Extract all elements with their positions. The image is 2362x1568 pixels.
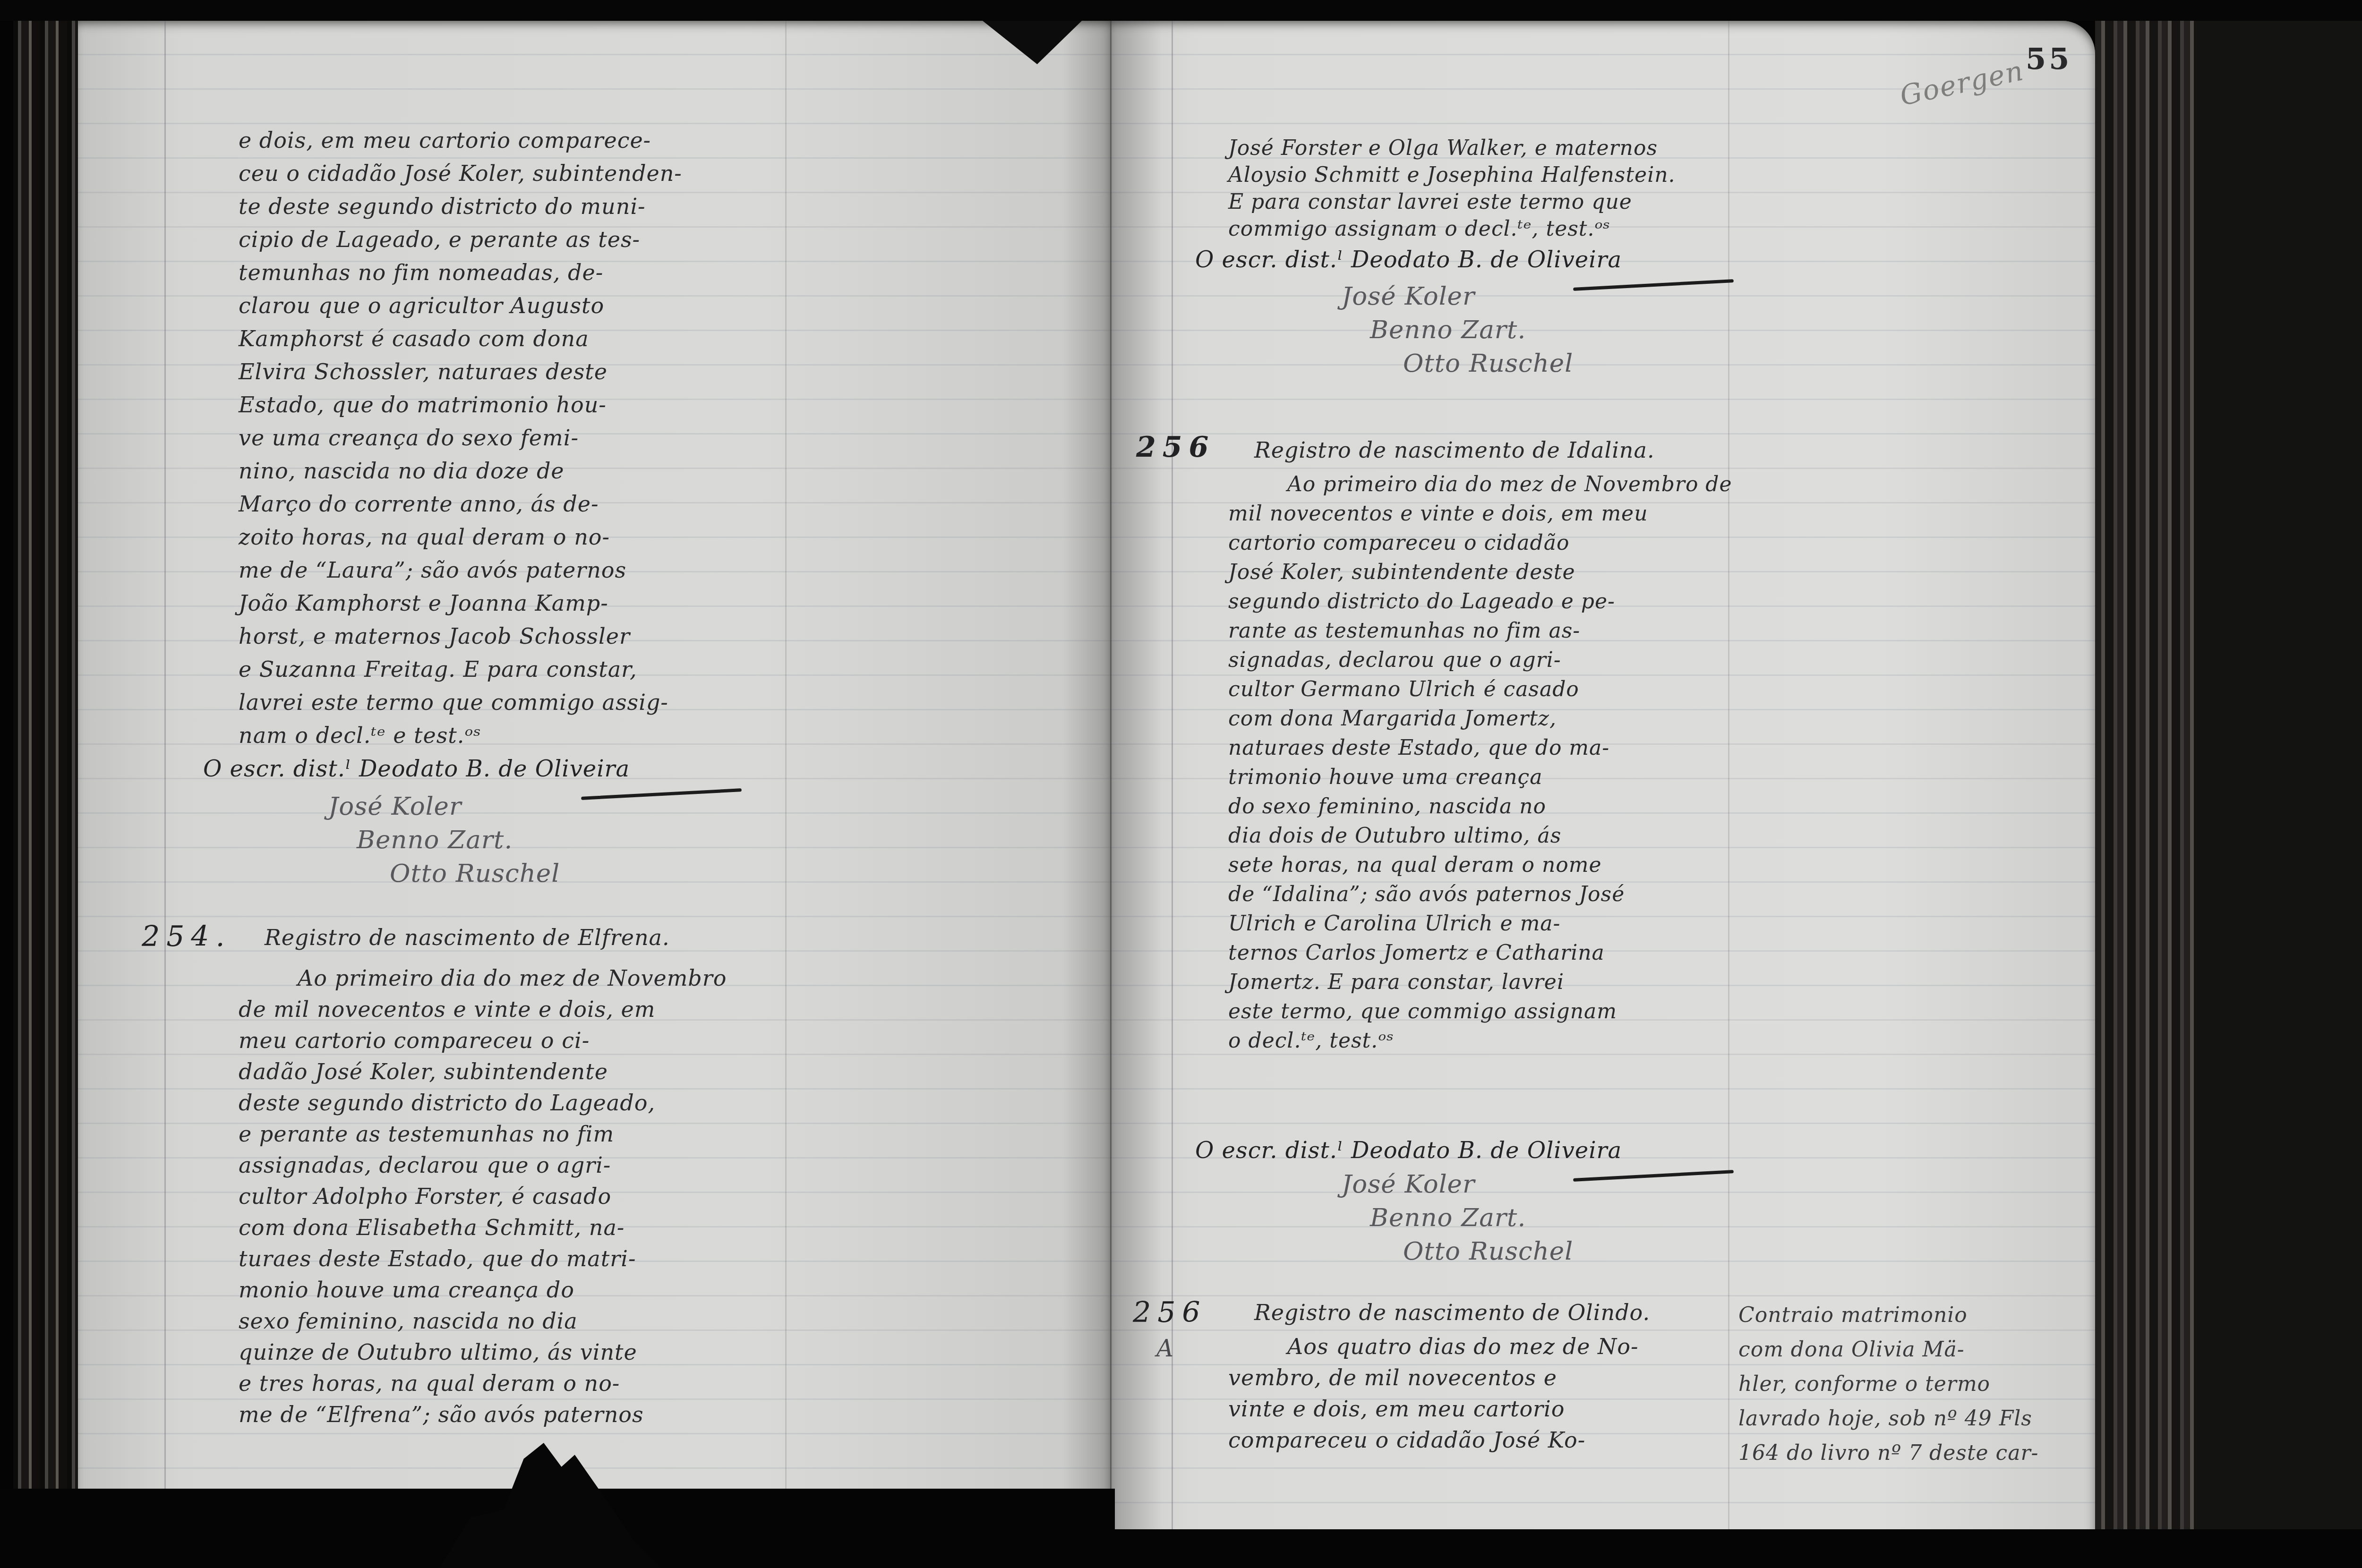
- handwriting-line: Ulrich e Carolina Ulrich e ma-: [1228, 909, 1762, 938]
- handwriting-line: vembro, de mil novecentos e: [1228, 1362, 1762, 1393]
- handwriting-line: de “Idalina”; são avós paternos José: [1228, 880, 1762, 909]
- margin-note-line: lavrado hoje, sob nº 49 Fls: [1738, 1401, 2097, 1436]
- handwriting-line: me de “Elfrena”; são avós paternos: [239, 1399, 791, 1430]
- handwriting-line: Kamphorst é casado com dona: [239, 322, 791, 355]
- officiant-line: O escr. dist.ˡ Deodato B. de Oliveira: [203, 756, 630, 782]
- handwriting-line: assignadas, declarou que o agri-: [239, 1150, 791, 1181]
- handwriting-line: turaes deste Estado, que do matri-: [239, 1243, 791, 1274]
- handwriting-line: Ao primeiro dia do mez de Novembro de: [1228, 470, 1762, 499]
- handwriting-line: José Koler, subintendente deste: [1228, 558, 1762, 587]
- top-dark-band: [0, 0, 2362, 21]
- handwriting-line: Jomertz. E para constar, lavrei: [1228, 968, 1762, 997]
- handwriting-line: dia dois de Outubro ultimo, ás: [1228, 821, 1762, 851]
- handwriting-line: de mil novecentos e vinte e dois, em: [239, 994, 791, 1025]
- marriage-margin-note: Contraio matrimoniocom dona Olivia Mä-hl…: [1738, 1298, 2097, 1470]
- handwriting-line: Aos quatro dias do mez de No-: [1228, 1331, 1762, 1362]
- handwriting-line: e dois, em meu cartorio comparece-: [239, 124, 791, 157]
- handwriting-line: e Suzanna Freitag. E para constar,: [239, 653, 791, 686]
- handwriting-line: vinte e dois, em meu cartorio: [1228, 1393, 1762, 1424]
- handwriting-line: monio houve uma creança do: [239, 1274, 791, 1305]
- handwriting-line: compareceu o cidadão José Ko-: [1228, 1424, 1762, 1456]
- scan-shadow-bottom-right: [1115, 1529, 2362, 1568]
- entry-title: Registro de nascimento de Olindo.: [1254, 1300, 1650, 1325]
- handwriting-line: Março do corrente anno, ás de-: [239, 487, 791, 520]
- signature: Otto Ruschel: [390, 857, 560, 890]
- signature: Benno Zart.: [1370, 1201, 1573, 1235]
- handwriting-line: cultor Adolpho Forster, é casado: [239, 1181, 791, 1212]
- handwriting-line: E para constar lavrei este termo que: [1228, 188, 1762, 215]
- handwriting-line: do sexo feminino, nascida no: [1228, 792, 1762, 821]
- witness-signatures: José KolerBenno Zart.Otto Ruschel: [239, 790, 560, 890]
- book-spine-page-stack-left: [13, 19, 79, 1568]
- handwriting-line: signadas, declarou que o agri-: [1228, 646, 1762, 675]
- handwriting-line: nino, nascida no dia doze de: [239, 454, 791, 487]
- handwriting-line: commigo assignam o decl.ᵗᵉ, test.ᵒˢ: [1228, 215, 1762, 242]
- handwriting-line: dadão José Koler, subintendente: [239, 1056, 791, 1087]
- signature: Benno Zart.: [357, 823, 560, 857]
- handwriting-line: meu cartorio compareceu o ci-: [239, 1025, 791, 1056]
- book-gutter-crease: [1110, 21, 1112, 1568]
- margin-note-line: Contraio matrimonio: [1738, 1298, 2097, 1332]
- handwriting-line: clarou que o agricultor Augusto: [239, 289, 791, 322]
- handwriting-line: ve uma creança do sexo femi-: [239, 421, 791, 454]
- handwriting-line: Ao primeiro dia do mez de Novembro: [239, 963, 791, 994]
- margin-note-line: hler, conforme o termo: [1738, 1367, 2097, 1401]
- entry-255-text: Ao primeiro dia do mez de Novembro demil…: [1228, 470, 1762, 1056]
- handwriting-line: sete horas, na qual deram o nome: [1228, 851, 1762, 880]
- handwriting-line: temunhas no fim nomeadas, de-: [239, 256, 791, 289]
- book-page-stack-right: [2095, 0, 2197, 1568]
- book-cover-right: [2197, 0, 2362, 1568]
- witness-signatures: José KolerBenno Zart.Otto Ruschel: [1252, 1167, 1573, 1268]
- handwriting-line: rante as testemunhas no fim as-: [1228, 616, 1762, 646]
- handwriting-line: José Forster e Olga Walker, e maternos: [1228, 135, 1762, 162]
- handwriting-line: Estado, que do matrimonio hou-: [239, 388, 791, 421]
- entry-254-text: Ao primeiro dia do mez de Novembrode mil…: [239, 963, 791, 1430]
- handwriting-line: João Kamphorst e Joanna Kamp-: [239, 587, 791, 620]
- entry-title: Registro de nascimento de Idalina.: [1254, 437, 1655, 463]
- handwriting-line: zoito horas, na qual deram o no-: [239, 520, 791, 554]
- entry-number: 256: [1136, 431, 1215, 464]
- handwriting-line: ceu o cidadão José Koler, subintenden-: [239, 157, 791, 190]
- handwriting-line: trimonio houve uma creança: [1228, 763, 1762, 792]
- handwriting-line: com dona Margarida Jomertz,: [1228, 704, 1762, 733]
- margin-note-line: 164 do livro nº 7 deste car-: [1738, 1436, 2097, 1470]
- handwriting-line: mil novecentos e vinte e dois, em meu: [1228, 499, 1762, 528]
- handwriting-line: nam o decl.ᵗᵉ e test.ᵒˢ: [239, 719, 791, 752]
- signature: Benno Zart.: [1370, 313, 1573, 347]
- handwriting-line: cultor Germano Ulrich é casado: [1228, 675, 1762, 704]
- entry-254-continuation-text: José Forster e Olga Walker, e maternosAl…: [1228, 135, 1762, 242]
- handwriting-line: segundo districto do Lageado e pe-: [1228, 587, 1762, 616]
- entry-title: Registro de nascimento de Elfrena.: [265, 925, 670, 950]
- handwriting-line: Elvira Schossler, naturaes deste: [239, 355, 791, 388]
- officiant-line: O escr. dist.ˡ Deodato B. de Oliveira: [1195, 1137, 1622, 1164]
- handwriting-line: te deste segundo districto do muni-: [239, 190, 791, 223]
- witness-signatures: José KolerBenno Zart.Otto Ruschel: [1252, 280, 1573, 380]
- signature: Otto Ruschel: [1403, 1235, 1573, 1268]
- entry-253-continuation-text: e dois, em meu cartorio comparece-ceu o …: [239, 124, 791, 752]
- handwriting-line: quinze de Outubro ultimo, ás vinte: [239, 1337, 791, 1368]
- handwriting-line: sexo feminino, nascida no dia: [239, 1305, 791, 1337]
- handwriting-line: o decl.ᵗᵉ, test.ᵒˢ: [1228, 1026, 1762, 1056]
- handwriting-line: cartorio compareceu o cidadão: [1228, 528, 1762, 558]
- entry-number: 256: [1133, 1296, 1207, 1329]
- book-gutter-shadow: [1063, 21, 1162, 1568]
- handwriting-line: lavrei este termo que commigo assig-: [239, 686, 791, 719]
- handwriting-line: naturaes deste Estado, que do ma-: [1228, 733, 1762, 763]
- handwriting-line: Aloysio Schmitt e Josephina Halfenstein.: [1228, 162, 1762, 188]
- officiant-line: O escr. dist.ˡ Deodato B. de Oliveira: [1195, 247, 1622, 273]
- entry-256-text: Aos quatro dias do mez de No-vembro, de …: [1228, 1331, 1762, 1456]
- handwriting-line: me de “Laura”; são avós paternos: [239, 554, 791, 587]
- entry-reference-mark: A: [1156, 1335, 1174, 1362]
- handwriting-line: cipio de Lageado, e perante as tes-: [239, 223, 791, 256]
- signature: José Koler: [1342, 1167, 1573, 1201]
- handwriting-line: com dona Elisabetha Schmitt, na-: [239, 1212, 791, 1243]
- handwriting-line: e perante as testemunhas no fim: [239, 1118, 791, 1150]
- handwriting-line: ternos Carlos Jomertz e Catharina: [1228, 938, 1762, 968]
- registry-book-scan: 55 Goergen e dois, em meu cartorio compa…: [0, 0, 2362, 1568]
- margin-note-line: com dona Olivia Mä-: [1738, 1332, 2097, 1367]
- signature: Otto Ruschel: [1403, 347, 1573, 380]
- page-number: 55: [2026, 42, 2072, 76]
- margin-rule-left-page-inner: [164, 21, 166, 1568]
- entry-number: 254.: [142, 920, 231, 953]
- handwriting-line: este termo, que commigo assignam: [1228, 997, 1762, 1026]
- handwriting-line: deste segundo districto do Lageado,: [239, 1087, 791, 1118]
- signature: José Koler: [328, 790, 560, 823]
- handwriting-line: horst, e maternos Jacob Schossler: [239, 620, 791, 653]
- handwriting-line: e tres horas, na qual deram o no-: [239, 1368, 791, 1399]
- signature: José Koler: [1342, 280, 1573, 313]
